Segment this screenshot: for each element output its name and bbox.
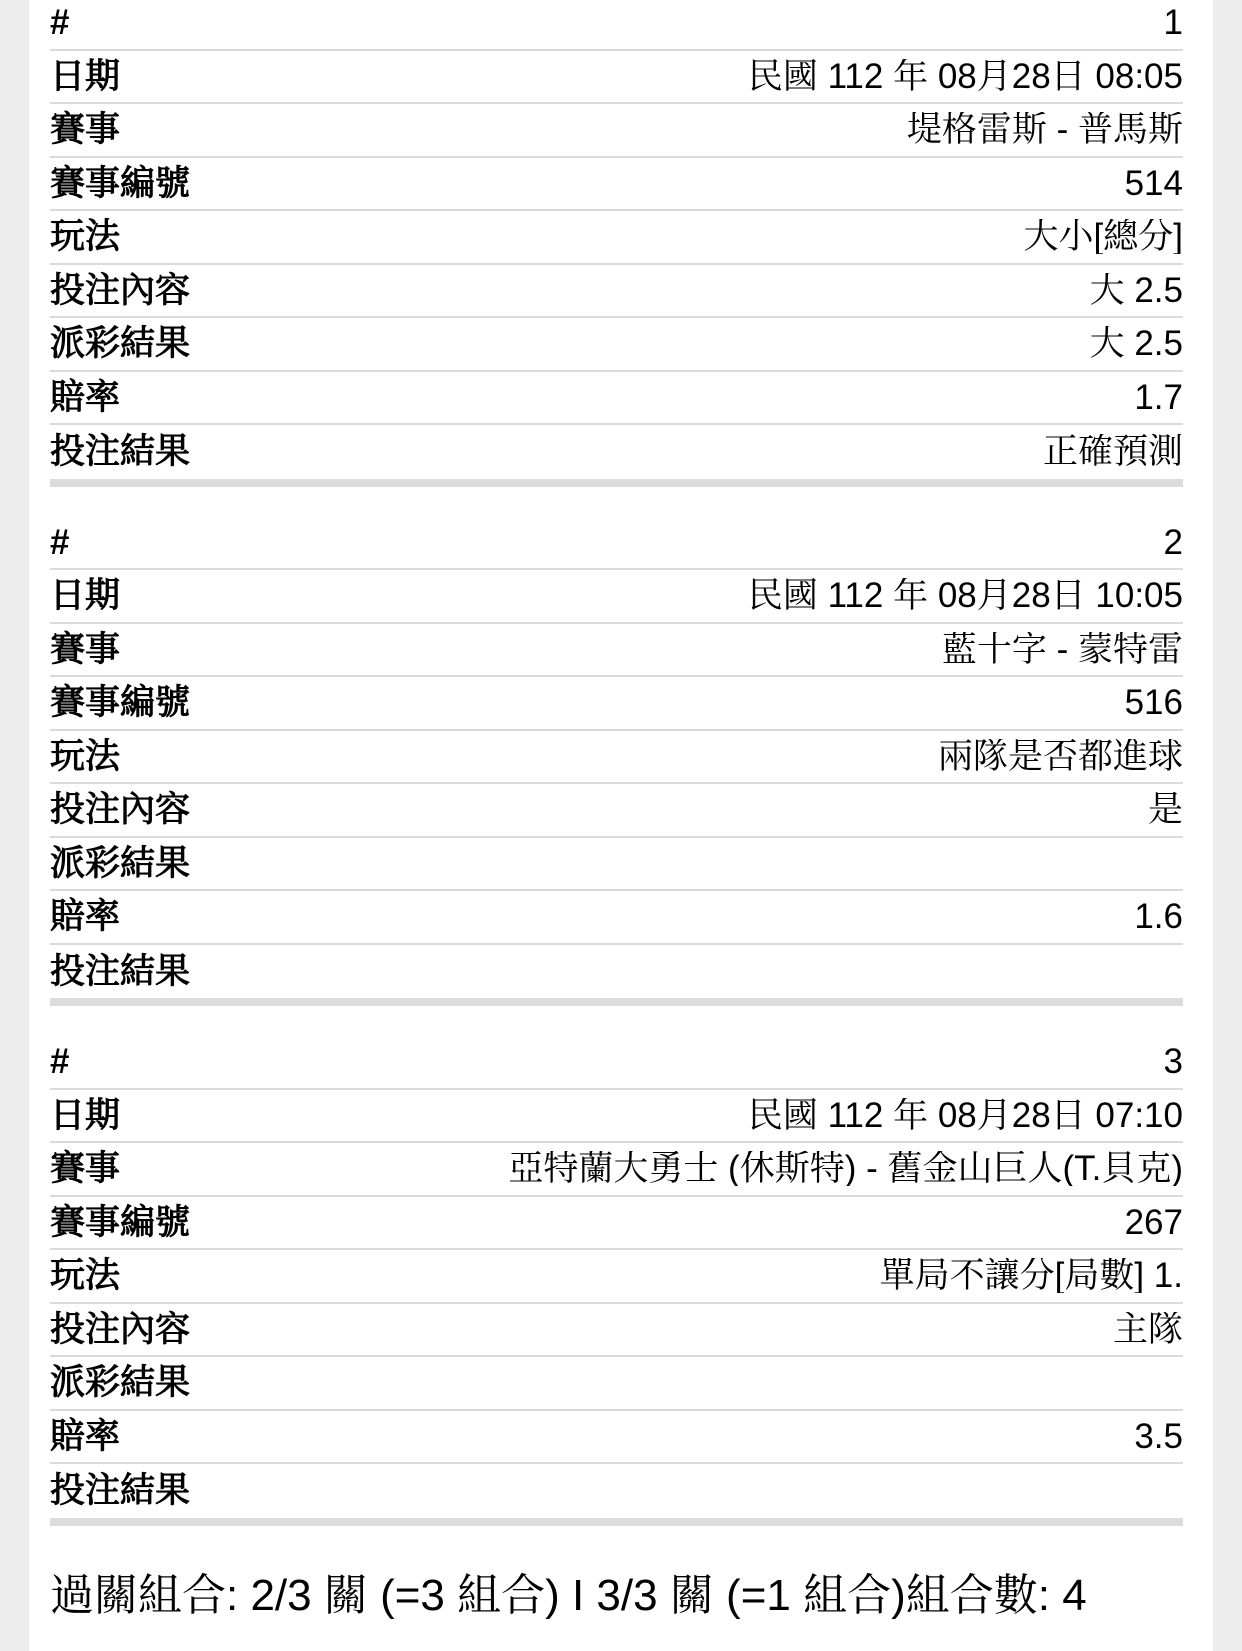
play-type-label: 玩法 (50, 1258, 120, 1293)
play-type-row: 玩法 單局不讓分[局數] 1. (50, 1250, 1183, 1304)
bet-number-label: # (50, 1044, 69, 1079)
bet-number-label: # (50, 5, 69, 40)
event-row: 賽事 堤格雷斯 - 普馬斯 (50, 104, 1183, 158)
event-no-value: 267 (190, 1205, 1183, 1240)
event-label: 賽事 (50, 112, 120, 147)
event-row: 賽事 亞特蘭大勇士 (休斯特) - 舊金山巨人(T.貝克) (50, 1143, 1183, 1197)
bet-content-label: 投注內容 (50, 1312, 190, 1347)
play-type-value: 大小[總分] (120, 219, 1183, 254)
odds-row: 賠率 1.6 (50, 891, 1183, 945)
event-no-value: 516 (190, 685, 1183, 720)
event-value: 堤格雷斯 - 普馬斯 (120, 112, 1183, 147)
bet-content-row: 投注內容 是 (50, 784, 1183, 838)
event-no-row: 賽事編號 514 (50, 158, 1183, 212)
event-no-label: 賽事編號 (50, 1205, 190, 1240)
bet-number-value: 1 (69, 5, 1183, 40)
bet-result-row: 投注結果 (50, 1464, 1183, 1518)
event-no-value: 514 (190, 166, 1183, 201)
odds-row: 賠率 1.7 (50, 372, 1183, 426)
bet-block-1: # 1 日期 民國 112 年 08月28日 08:05 賽事 堤格雷斯 - 普… (50, 0, 1183, 479)
bet-content-label: 投注內容 (50, 792, 190, 827)
play-type-label: 玩法 (50, 219, 120, 254)
parlay-summary: 過關組合: 2/3 關 (=3 組合) I 3/3 關 (=1 組合)組合數: … (50, 1568, 1183, 1623)
odds-label: 賠率 (50, 1419, 120, 1454)
odds-value: 1.7 (120, 380, 1183, 415)
bet-content-row: 投注內容 主隊 (50, 1304, 1183, 1358)
event-row: 賽事 藍十字 - 蒙特雷 (50, 624, 1183, 678)
event-no-label: 賽事編號 (50, 166, 190, 201)
bet-content-value: 大 2.5 (190, 273, 1183, 308)
payout-result-row: 派彩結果 (50, 838, 1183, 892)
bet-result-label: 投注結果 (50, 434, 190, 469)
payout-result-label: 派彩結果 (50, 326, 190, 361)
event-no-label: 賽事編號 (50, 685, 190, 720)
date-row: 日期 民國 112 年 08月28日 08:05 (50, 51, 1183, 105)
payout-result-row: 派彩結果 (50, 1357, 1183, 1411)
bet-content-value: 是 (190, 792, 1183, 827)
bet-number-row: # 3 (50, 1036, 1183, 1090)
play-type-row: 玩法 兩隊是否都進球 (50, 731, 1183, 785)
bet-content-value: 主隊 (190, 1312, 1183, 1347)
event-no-row: 賽事編號 516 (50, 677, 1183, 731)
event-no-row: 賽事編號 267 (50, 1197, 1183, 1251)
play-type-label: 玩法 (50, 739, 120, 774)
date-label: 日期 (50, 578, 120, 613)
date-label: 日期 (50, 59, 120, 94)
date-label: 日期 (50, 1098, 120, 1133)
odds-label: 賠率 (50, 380, 120, 415)
bet-result-label: 投注結果 (50, 1473, 190, 1508)
block-separator (50, 1518, 1183, 1526)
payout-result-value: 大 2.5 (190, 326, 1183, 361)
bet-number-value: 3 (69, 1044, 1183, 1079)
date-row: 日期 民國 112 年 08月28日 10:05 (50, 570, 1183, 624)
event-value: 亞特蘭大勇士 (休斯特) - 舊金山巨人(T.貝克) (120, 1151, 1183, 1186)
date-value: 民國 112 年 08月28日 10:05 (120, 578, 1183, 613)
bet-result-value: 正確預測 (190, 434, 1183, 469)
bet-result-row: 投注結果 正確預測 (50, 425, 1183, 479)
date-value: 民國 112 年 08月28日 07:10 (120, 1098, 1183, 1133)
bet-block-3: # 3 日期 民國 112 年 08月28日 07:10 賽事 亞特蘭大勇士 (… (50, 1036, 1183, 1518)
bet-history-card: # 1 日期 民國 112 年 08月28日 08:05 賽事 堤格雷斯 - 普… (29, 0, 1213, 1651)
block-separator (50, 998, 1183, 1006)
bet-number-label: # (50, 525, 69, 560)
payout-result-label: 派彩結果 (50, 846, 190, 881)
event-label: 賽事 (50, 1151, 120, 1186)
bet-content-label: 投注內容 (50, 273, 190, 308)
odds-label: 賠率 (50, 899, 120, 934)
bet-content-row: 投注內容 大 2.5 (50, 265, 1183, 319)
bet-number-value: 2 (69, 525, 1183, 560)
block-separator (50, 479, 1183, 487)
bet-block-2: # 2 日期 民國 112 年 08月28日 10:05 賽事 藍十字 - 蒙特… (50, 517, 1183, 999)
bet-number-row: # 2 (50, 517, 1183, 571)
date-row: 日期 民國 112 年 08月28日 07:10 (50, 1090, 1183, 1144)
event-label: 賽事 (50, 632, 120, 667)
bet-result-label: 投注結果 (50, 954, 190, 989)
play-type-row: 玩法 大小[總分] (50, 211, 1183, 265)
play-type-value: 兩隊是否都進球 (120, 739, 1183, 774)
date-value: 民國 112 年 08月28日 08:05 (120, 59, 1183, 94)
payout-result-label: 派彩結果 (50, 1365, 190, 1400)
bet-result-row: 投注結果 (50, 945, 1183, 999)
odds-value: 3.5 (120, 1419, 1183, 1454)
bet-number-row: # 1 (50, 0, 1183, 51)
event-value: 藍十字 - 蒙特雷 (120, 632, 1183, 667)
odds-row: 賠率 3.5 (50, 1411, 1183, 1465)
play-type-value: 單局不讓分[局數] 1. (120, 1258, 1183, 1293)
odds-value: 1.6 (120, 899, 1183, 934)
payout-result-row: 派彩結果 大 2.5 (50, 318, 1183, 372)
